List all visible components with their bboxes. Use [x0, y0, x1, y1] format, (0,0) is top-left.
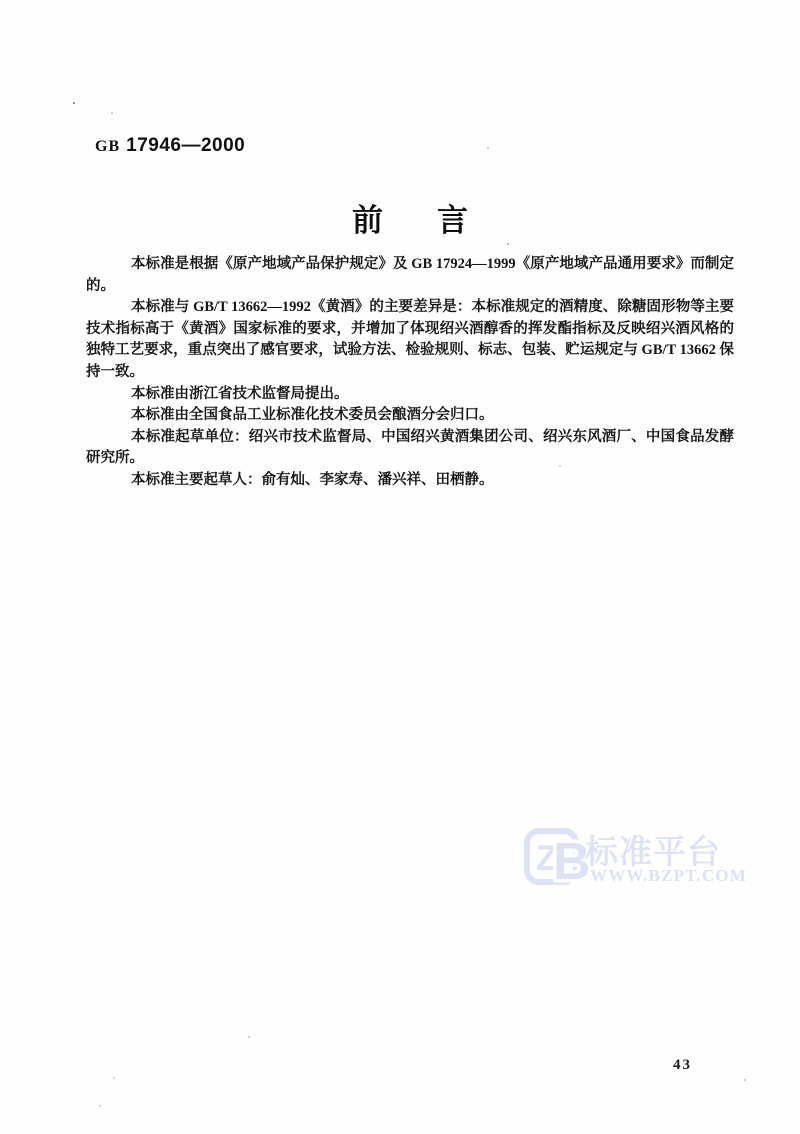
watermark-url-text: WWW.BZPT.COM	[590, 866, 747, 886]
title-char-second: 言	[437, 203, 468, 238]
standard-number-prefix: GB	[95, 138, 120, 155]
paragraph-drafting-units: 本标准起草单位：绍兴市技术监督局、中国绍兴黄酒集团公司、绍兴东风酒厂、中国食品发…	[86, 427, 734, 470]
paragraph-drafters: 本标准主要起草人：俞有灿、李家寿、潘兴祥、田栖静。	[86, 470, 734, 492]
standard-number-code: 17946—2000	[126, 135, 245, 156]
scan-noise-specks	[0, 0, 2, 2]
paragraph-managed-by: 本标准由全国食品工业标准化技术委员会酿酒分会归口。	[86, 405, 734, 427]
document-page: GB17946—2000 前言 本标准是根据《原产地域产品保护规定》及 GB 1…	[0, 0, 800, 1134]
page-title: 前言	[85, 203, 735, 239]
foreword-body: 本标准是根据《原产地域产品保护规定》及 GB 17924—1999《原产地域产品…	[86, 254, 734, 492]
paragraph-differences: 本标准与 GB/T 13662—1992《黄酒》的主要差异是：本标准规定的酒精度…	[86, 297, 734, 383]
paragraph-basis: 本标准是根据《原产地域产品保护规定》及 GB 17924—1999《原产地域产品…	[86, 254, 734, 297]
page-number: 43	[673, 1057, 692, 1074]
paragraph-proposed-by: 本标准由浙江省技术监督局提出。	[86, 384, 734, 406]
title-char-first: 前	[352, 203, 383, 238]
standard-number: GB17946—2000	[95, 135, 245, 157]
